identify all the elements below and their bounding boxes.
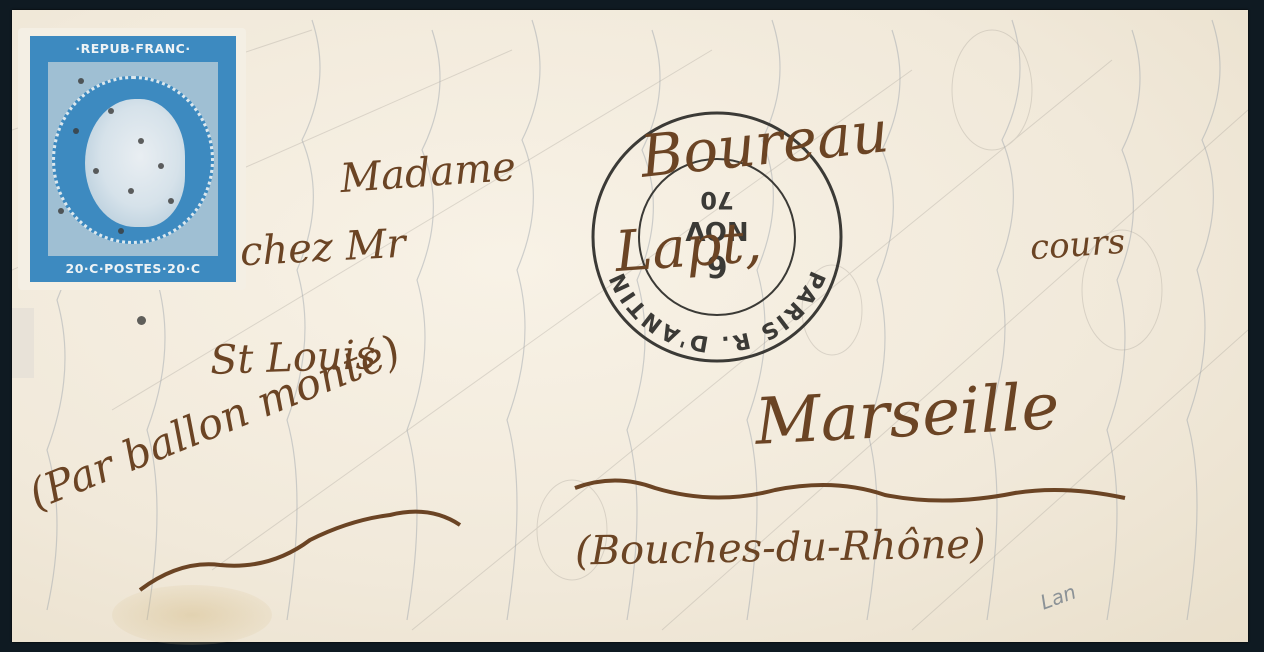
cancel-dot bbox=[58, 208, 64, 214]
stamp-bottom-text: 20·C·POSTES·20·C bbox=[30, 256, 236, 282]
address-cours: cours bbox=[1029, 222, 1127, 269]
stamp-design: ·REPUB·FRANC· 20·C·POSTES·20·C bbox=[30, 36, 236, 282]
paper-fold bbox=[12, 308, 34, 378]
cancel-dot bbox=[73, 128, 79, 134]
stamp-field bbox=[48, 62, 218, 256]
address-care-of: chez Mr bbox=[239, 221, 407, 276]
address-street: Lapt, bbox=[613, 210, 764, 285]
cancel-dot bbox=[158, 163, 164, 169]
cancel-dot bbox=[168, 198, 174, 204]
cancel-dot bbox=[108, 108, 114, 114]
stray-cancel-dot bbox=[137, 316, 146, 325]
ceres-medallion bbox=[52, 76, 214, 244]
ceres-head-icon bbox=[85, 99, 185, 227]
postage-stamp: ·REPUB·FRANC· 20·C·POSTES·20·C bbox=[18, 28, 246, 290]
cancel-dot bbox=[78, 78, 84, 84]
cancel-dot bbox=[128, 188, 134, 194]
cancel-dot bbox=[138, 138, 144, 144]
postmark-year: 70 bbox=[700, 186, 733, 214]
cancel-dot bbox=[118, 228, 124, 234]
cancel-dot bbox=[93, 168, 99, 174]
address-department: (Bouches-du-Rhône) bbox=[575, 521, 986, 574]
water-stain bbox=[112, 585, 272, 645]
stamp-top-text: ·REPUB·FRANC· bbox=[30, 36, 236, 62]
